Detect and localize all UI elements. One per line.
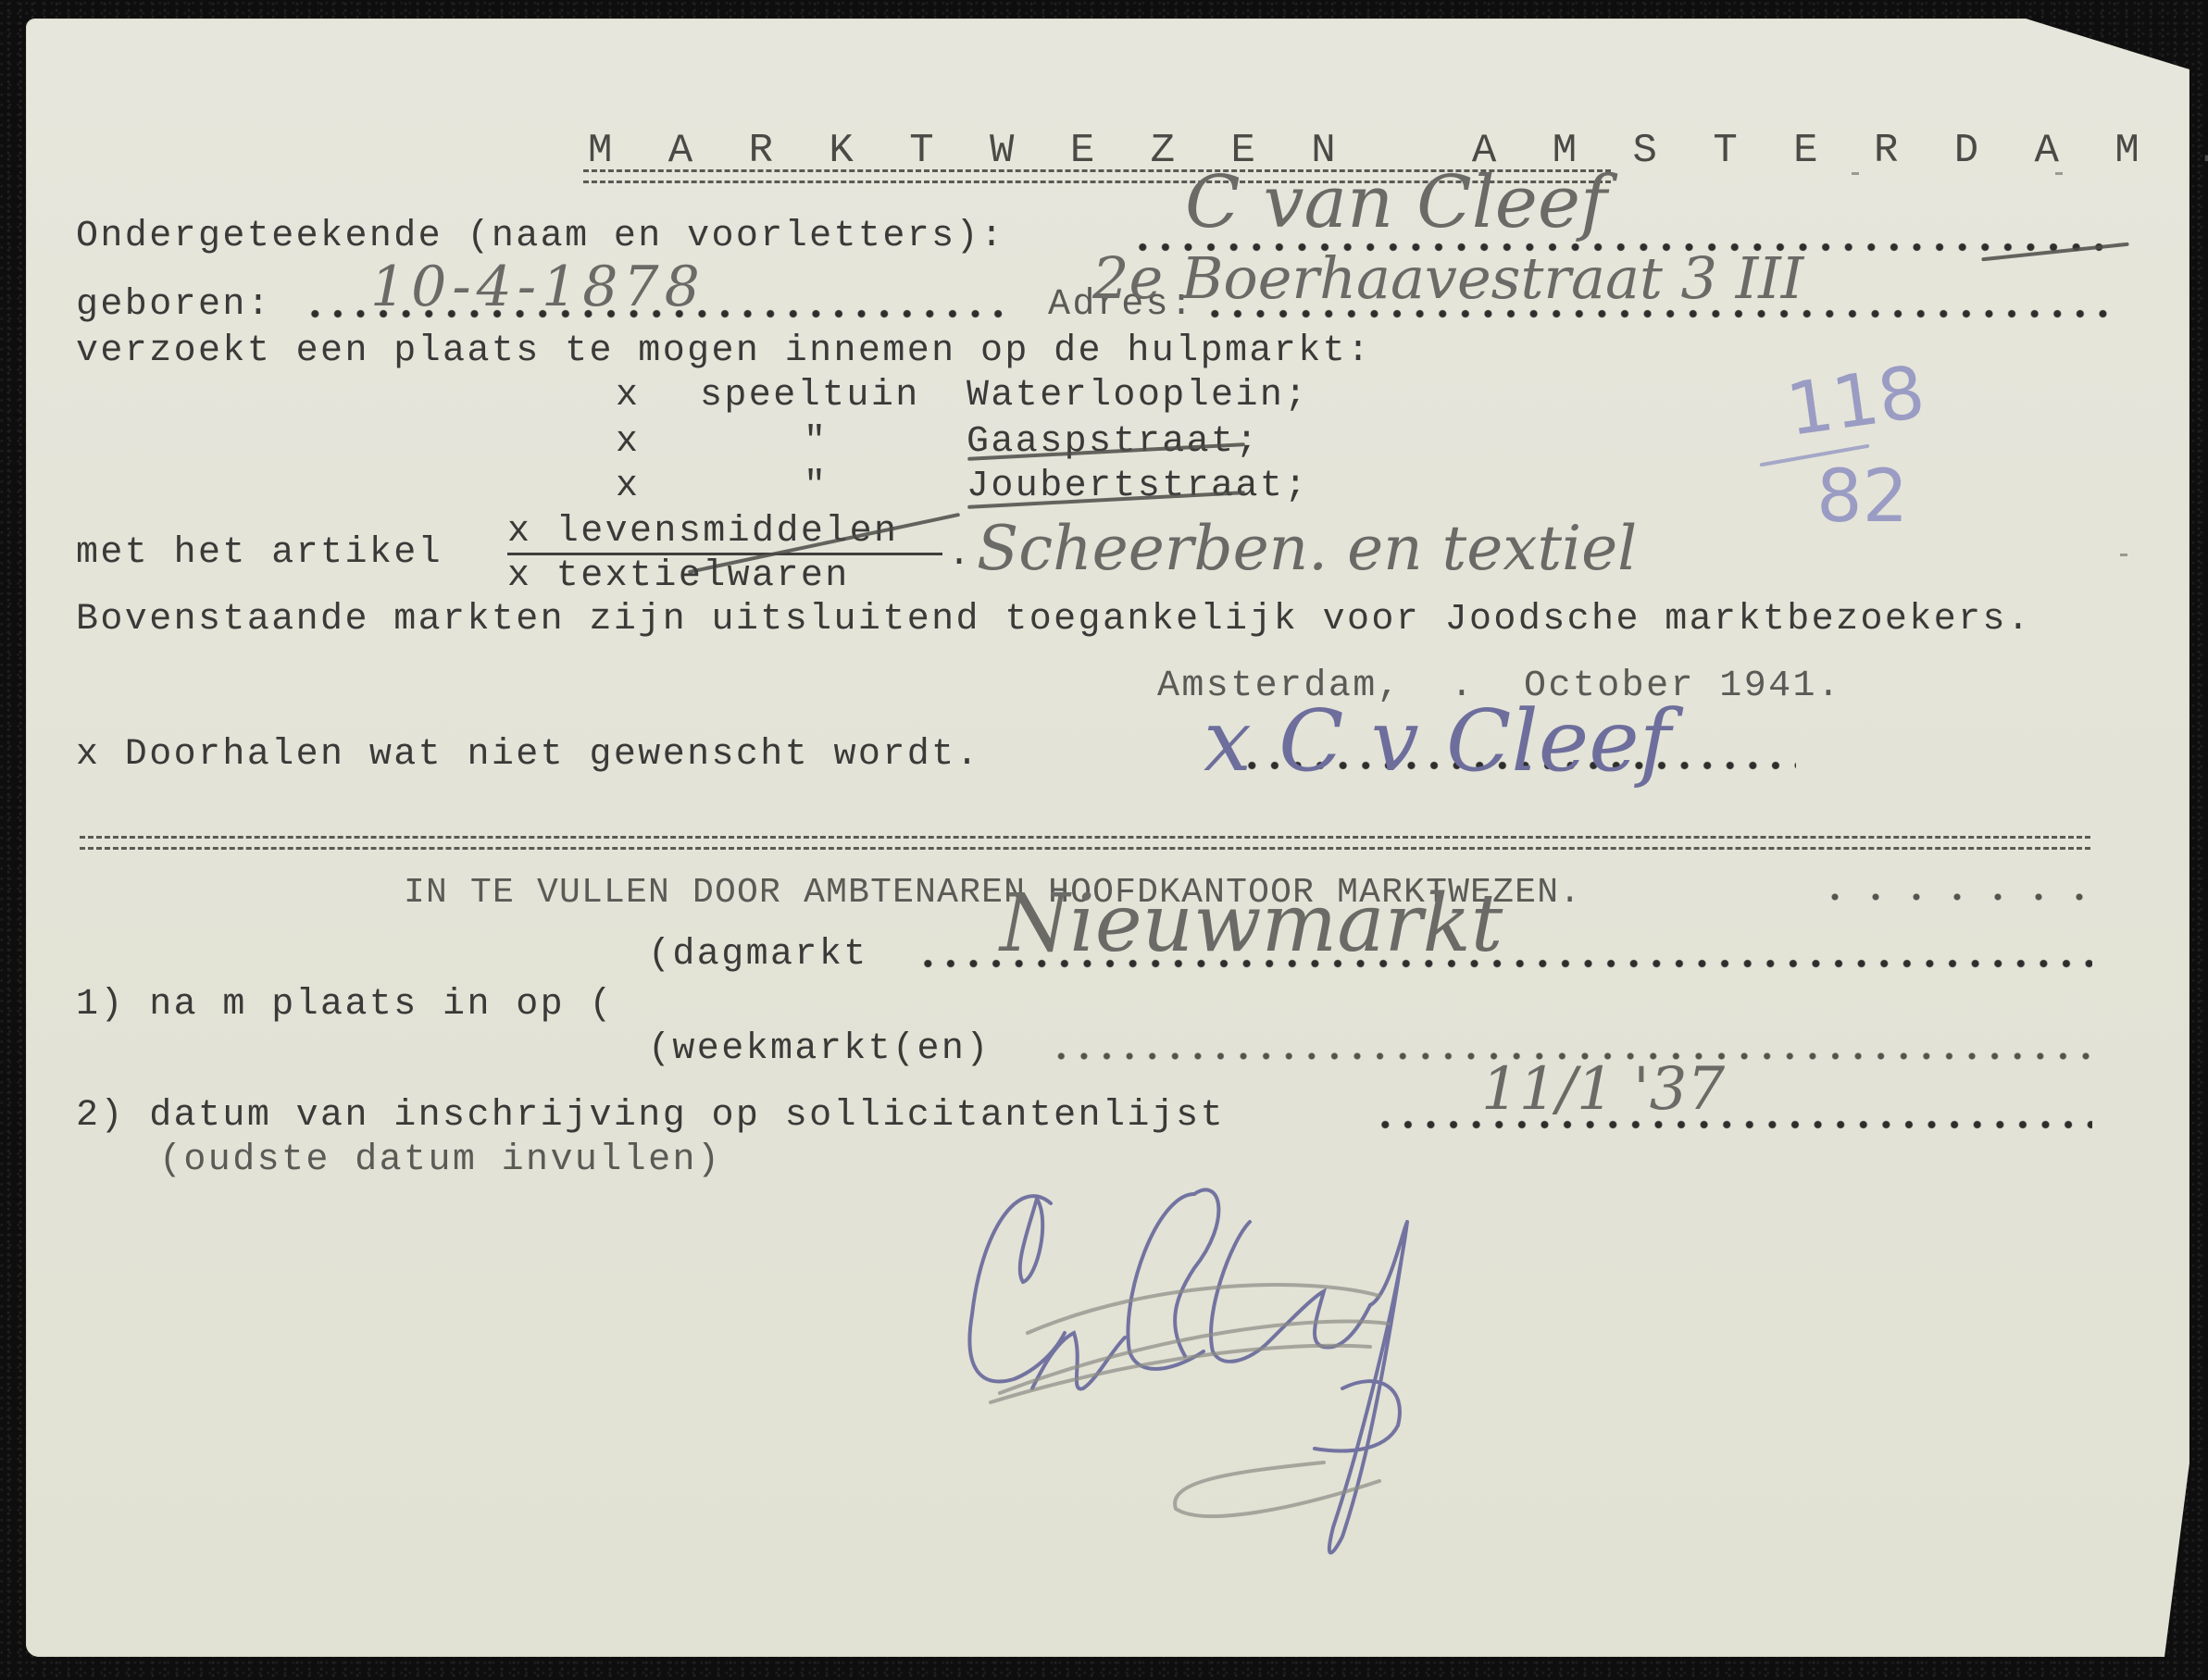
item2-sublabel: (oudste datum invullen): [159, 1142, 721, 1179]
market-mark: x: [616, 468, 640, 505]
address-value-handwritten: 2e Boerhaavestraat 3 III: [1092, 250, 1803, 307]
request-text: verzoekt een plaats te mogen innemen op …: [76, 333, 1371, 370]
applicant-signature-handwritten: x C v Cleef: [1204, 699, 1671, 784]
registration-date-handwritten: 11/1 '37: [1481, 1060, 1725, 1119]
ditto-mark: ": [804, 468, 828, 505]
margin-note-bottom: 82: [1816, 461, 1908, 533]
section-separator: [80, 836, 2090, 850]
weekmarkt-label: (weekmarkt(en): [648, 1031, 991, 1068]
article-value-handwritten: Scheerben. en textiel: [977, 518, 1637, 579]
article-label: met het artikel: [76, 535, 443, 572]
margin-note-top: 118: [1782, 356, 1928, 447]
article-period: .: [948, 537, 972, 574]
article-option-levensmiddelen[interactable]: x levensmiddelen: [507, 514, 898, 551]
market-mark: x: [616, 424, 640, 461]
dagmarkt-value-handwritten: Nieuwmarkt: [1000, 884, 1503, 964]
margin-tick: [1852, 172, 1859, 175]
born-label: geboren:: [76, 287, 271, 324]
applicant-name-handwritten: C van Cleef: [1185, 167, 1607, 239]
item1-label: 1) na m plaats in op (: [76, 987, 614, 1024]
born-value-handwritten: 10-4-1878: [370, 259, 705, 315]
market-prefix: speeltuin: [700, 378, 920, 415]
registration-date-field[interactable]: [1374, 1120, 2092, 1129]
market-waterlooplein[interactable]: Waterlooplein;: [967, 378, 1309, 415]
market-mark: x: [616, 378, 640, 415]
ditto-mark: ": [804, 424, 828, 461]
footnote: x Doorhalen wat niet gewenscht wordt.: [76, 737, 980, 774]
notice-text: Bovenstaande markten zijn uitsluitend to…: [76, 602, 2031, 639]
margin-tick: [2055, 172, 2063, 175]
item2-label: 2) datum van inschrijving op sollicitant…: [76, 1098, 1225, 1135]
applicant-label: Ondergeteekende (naam en voorletters):: [76, 218, 1004, 255]
dagmarkt-label: (dagmarkt: [648, 937, 868, 974]
article-option-textielwaren[interactable]: x textielwaren: [507, 558, 850, 595]
dagmarkt-field[interactable]: [917, 959, 2092, 968]
official-title-trailing-dots: [1815, 892, 2092, 902]
margin-tick: [2120, 554, 2127, 556]
